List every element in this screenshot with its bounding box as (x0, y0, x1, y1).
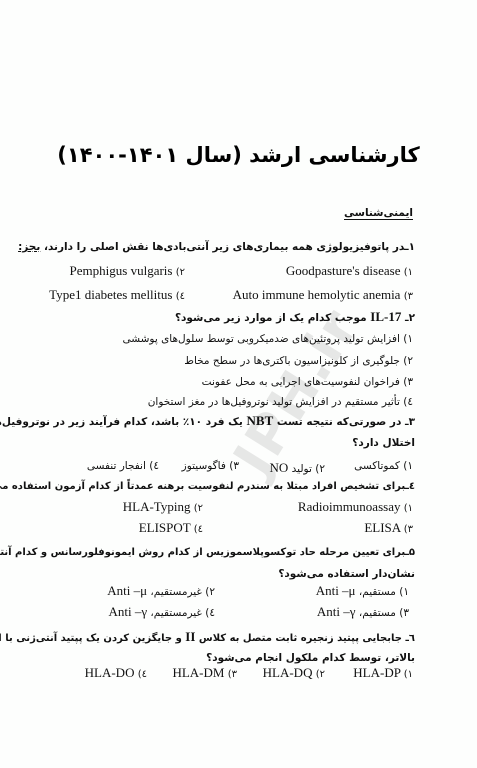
question-text: موجب کدام یک از موارد زیر می‌شود؟ (175, 312, 367, 324)
question-text: در پاتوفیزیولوژی همه بیماری‌های زیر آنتی… (44, 241, 405, 253)
option-text: HLA-DQ (263, 665, 313, 680)
option-number: (۳ (404, 524, 413, 535)
question-2-option-4[interactable]: ٤) تأثیر مستقیم در افزایش تولید نوتروفیل… (148, 396, 413, 408)
option-text: HLA-Typing (123, 499, 191, 514)
section-heading: ایمنی‌شناسی (344, 207, 413, 219)
option-text: غیرمستقیم، (150, 586, 201, 598)
question-2-stem: ۲ـ IL-17 موجب کدام یک از موارد زیر می‌شو… (58, 306, 415, 329)
option-number: ۱) (399, 586, 409, 598)
question-2-option-2[interactable]: ۲) جلوگیری از کلونیزاسیون باکتری‌ها در س… (184, 355, 413, 367)
question-text-2: یک فرد ۱۰٪ باشد، کدام فرآیند زیر در نوتر… (0, 416, 243, 428)
option-latin: Anti –μ (316, 583, 356, 598)
question-4-option-3[interactable]: ELISA (۳ (364, 520, 413, 536)
question-text-line2: نشان‌دار استفاده می‌شود؟ (278, 568, 415, 580)
option-text: Goodpasture's disease (286, 263, 401, 278)
option-number: (۳ (404, 291, 413, 302)
question-1-option-3[interactable]: Auto immune hemolytic anemia (۳ (233, 287, 413, 303)
option-text: ELISA (364, 520, 400, 535)
option-latin: NO (270, 460, 289, 475)
question-number: ۳ـ (405, 416, 415, 428)
question-4-option-1[interactable]: Radioimmunoassay (۱ (298, 499, 413, 515)
question-2-option-3[interactable]: ۳) فراخوان لنفوسیت‌های اجرایی به محل عفو… (202, 376, 413, 388)
option-number: (٤ (194, 524, 203, 535)
option-number: (٤ (176, 291, 185, 302)
option-number: ۲) (205, 586, 215, 598)
question-text: جابجایی پپتید زنجیره ثابت متصل به کلاس (199, 633, 402, 644)
question-6-option-4[interactable]: HLA-DO (٤ (85, 665, 147, 681)
option-number: (۱ (404, 267, 413, 278)
option-text: Pemphigus vulgaris (70, 263, 173, 278)
question-2-option-1[interactable]: ۱) افزایش تولید پروتئین‌های ضدمیکروبی تو… (122, 333, 413, 345)
option-number: ۱) (403, 460, 413, 472)
question-text-line2: اختلال دارد؟ (352, 437, 415, 449)
option-number: ٤) (205, 607, 215, 619)
option-number: (۲ (316, 669, 325, 680)
question-3-option-1[interactable]: ۱) کموتاکسی (354, 460, 413, 472)
option-text: HLA-DO (85, 665, 135, 680)
question-number: ٦ـ (405, 633, 415, 644)
option-number: ۲) (315, 463, 325, 475)
question-text-2: و جایگزین کردن یک پپتید آنتی‌ژنی با افین… (0, 633, 182, 644)
question-5-option-2[interactable]: ۲) غیرمستقیم، Anti –μ (107, 583, 215, 599)
option-number: ۳) (399, 607, 409, 619)
question-6-option-1[interactable]: HLA-DP (۱ (353, 665, 413, 681)
chapter-title: کارشناسی ارشد (سال ۱۴۰۱-۱۴۰۰) (0, 143, 477, 167)
option-text: تأثیر مستقیم در افزایش تولید نوتروفیل‌ها… (148, 396, 400, 408)
question-1-option-1[interactable]: Goodpasture's disease (۱ (286, 263, 413, 279)
option-text: انفجار تنفسی (87, 460, 146, 472)
option-number: ۳) (403, 376, 413, 388)
option-number: (٤ (138, 669, 147, 680)
question-latin-term: IL-17 (370, 309, 401, 324)
question-1-option-2[interactable]: Pemphigus vulgaris (۲ (70, 263, 185, 279)
question-text: برای تعیین مرحله حاد توکسوپلاسموزیس از ک… (0, 547, 405, 558)
option-number: (۲ (176, 267, 185, 278)
question-latin-term: NBT (247, 413, 274, 428)
question-6-option-2[interactable]: HLA-DQ (۲ (263, 665, 325, 681)
question-number: ۵ـ (405, 547, 415, 558)
option-text: ELISPOT (139, 520, 191, 535)
option-text: HLA-DM (172, 665, 224, 680)
question-4-option-2[interactable]: HLA-Typing (۲ (123, 499, 203, 515)
question-1-option-4[interactable]: Type1 diabetes mellitus (٤ (49, 287, 185, 303)
option-text: کموتاکسی (354, 460, 400, 472)
question-number: ۲ـ (405, 312, 415, 324)
option-number: ۱) (403, 333, 413, 345)
option-latin: Anti –μ (107, 583, 147, 598)
question-3-option-4[interactable]: ٤) انفجار تنفسی (87, 460, 159, 472)
option-text: Auto immune hemolytic anemia (233, 287, 401, 302)
option-text: افزایش تولید پروتئین‌های ضدمیکروبی توسط … (122, 333, 399, 345)
option-text: غیرمستقیم، (150, 607, 201, 619)
option-text: فراخوان لنفوسیت‌های اجرایی به محل عفونت (202, 376, 400, 388)
option-number: (۲ (194, 503, 203, 514)
option-latin: Anti –γ (317, 604, 356, 619)
question-4-option-4[interactable]: ELISPOT (٤ (139, 520, 203, 536)
question-4-stem: ٤ـبرای تشخیص افراد مبتلا به سندرم لنفوسی… (58, 476, 415, 498)
question-5-option-3[interactable]: ۳) مستقیم، Anti –γ (317, 604, 409, 620)
except-label: بجز: (18, 241, 40, 253)
question-6-option-3[interactable]: HLA-DM (۳ (172, 665, 237, 681)
option-text: فاگوسیتوز (182, 460, 226, 472)
option-text: جلوگیری از کلونیزاسیون باکتری‌ها در سطح … (184, 355, 400, 367)
question-latin-term: II (185, 629, 195, 644)
question-3-stem-line2: اختلال دارد؟ (58, 432, 415, 454)
option-text: HLA-DP (353, 665, 400, 680)
question-number: ۱ـ (405, 241, 415, 253)
option-number: ۲) (403, 355, 413, 367)
option-text: مستقیم، (359, 607, 396, 619)
question-5-stem-line2: نشان‌دار استفاده می‌شود؟ (58, 563, 415, 585)
question-1-stem: ۱ـدر پاتوفیزیولوژی همه بیماری‌های زیر آن… (58, 236, 415, 258)
option-number: (۱ (404, 669, 413, 680)
option-text: Radioimmunoassay (298, 499, 401, 514)
option-text: مستقیم، (359, 586, 396, 598)
question-3-stem: ۳ـ در صورتی‌که نتیجه تست NBT یک فرد ۱۰٪ … (58, 410, 415, 433)
question-text: در صورتی‌که نتیجه تست (277, 416, 401, 428)
option-number: (۱ (404, 503, 413, 514)
question-3-option-3[interactable]: ۳) فاگوسیتوز (182, 460, 239, 472)
option-number: (۳ (228, 669, 237, 680)
option-text: تولید (292, 463, 312, 475)
option-number: ٤) (403, 396, 413, 408)
question-number: ٤ـ (405, 481, 415, 492)
question-3-option-2[interactable]: ۲) تولید NO (270, 460, 325, 476)
question-text: برای تشخیص افراد مبتلا به سندرم لنفوسیت … (0, 481, 405, 492)
option-latin: Anti –γ (108, 604, 147, 619)
question-text-line2: بالاتر، توسط کدام ملکول انجام می‌شود؟ (206, 652, 415, 664)
question-5-option-4[interactable]: ٤) غیرمستقیم، Anti –γ (108, 604, 215, 620)
question-5-option-1[interactable]: ۱) مستقیم، Anti –μ (316, 583, 409, 599)
exam-page: JPH.ir کارشناسی ارشد (سال ۱۴۰۱-۱۴۰۰) ایم… (0, 0, 477, 768)
question-5-stem: ۵ـبرای تعیین مرحله حاد توکسوپلاسموزیس از… (58, 542, 415, 564)
option-number: ۳) (229, 460, 239, 472)
option-text: Type1 diabetes mellitus (49, 287, 172, 302)
option-number: ٤) (149, 460, 159, 472)
